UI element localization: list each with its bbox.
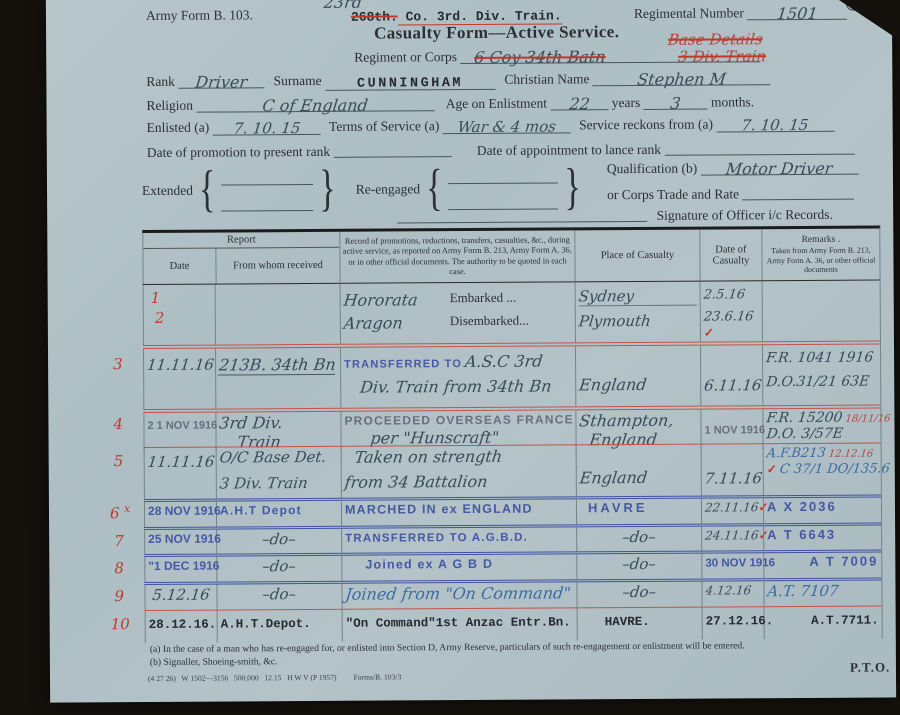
remarks-line: A.F.B213 12.12.16 — [767, 445, 878, 462]
cell-from: –do– — [216, 556, 341, 582]
torn-edge — [894, 38, 900, 278]
remarks-header-text: Remarks .Taken from Army Form B. 213, Ar… — [764, 234, 877, 274]
form-paper: Army Form B. 103. 23rd 268th. Co. 3rd. D… — [46, 0, 896, 703]
row-number-10: 10 — [111, 615, 130, 633]
row-number-7: 7 — [114, 532, 124, 550]
from-header: From whom received — [215, 248, 339, 284]
casualty-date: 6.11.16 — [703, 376, 762, 394]
cell-casualty-date: 22.11.16✓ — [701, 498, 763, 523]
remarks-value: A.T.7711. — [811, 614, 879, 628]
qualification-value: Motor Driver — [725, 159, 834, 179]
place-value: England — [579, 468, 649, 487]
cell-place: HAVRE. — [577, 608, 702, 641]
extended-block: Extended { } Re-engaged { } — [142, 167, 581, 212]
signature-field — [397, 206, 647, 224]
remarks-value: D.O. 3/57E — [766, 426, 844, 442]
disembark-label: Disembarked... — [450, 313, 529, 332]
regiment-red-note2: 3 Div. Train — [677, 47, 767, 66]
table-row-9: 9 5.12.16 –do– Joined from "On Command" … — [144, 577, 881, 610]
table-row-8: 8 "1 DEC 1916 –do– Joined ex A G B D –do… — [144, 549, 881, 582]
pto-label: P.T.O. — [850, 659, 890, 675]
extended-open-brace: { — [199, 162, 216, 219]
report-header-group: Report Date From whom received — [142, 232, 339, 284]
from-value: 3 Div. Train — [219, 474, 309, 493]
terms-label: Terms of Service (a) — [329, 118, 439, 134]
table-row-6: 6 x 28 NOV 1916 A.H.T Depot MARCHED IN e… — [144, 494, 881, 527]
cell-from: A.H.T Depot — [216, 501, 341, 527]
from-value: 3rd Div. — [218, 413, 284, 432]
place-value: Sydney — [578, 287, 635, 305]
date-casualty-header: Date of Casualty — [699, 229, 761, 280]
remarks-red-date: 18/11/16 — [845, 413, 891, 424]
religion-value: C of England — [262, 96, 370, 116]
years-label: years — [612, 95, 641, 110]
cell-record: "On Command"1st Anzac Entr.Bn. — [342, 608, 577, 641]
record-handwriting: Taken on strength — [354, 447, 504, 467]
cell-record: TRANSFERRED TO A.G.B.D. — [341, 527, 576, 552]
promotion-line: Date of promotion to present rank Date o… — [147, 139, 855, 161]
unit-struck: 268th. — [351, 9, 398, 24]
record-line: TRANSFERRED TO A.S.C 3rd — [344, 351, 572, 371]
surname-label: Surname — [274, 73, 322, 88]
regiment-or-corps-line: Regiment or Corps 6 Coy 34th Batn Base D… — [354, 46, 760, 65]
red-check-icon: ✓ — [767, 462, 777, 476]
qualification-label: Qualification (b) — [607, 161, 697, 177]
promotion-label: Date of promotion to present rank — [147, 144, 330, 160]
ditto-mark: –do– — [621, 528, 657, 546]
cell-remarks: A.F.B213 12.12.16 ✓ C 37/1 DO/135.6 — [763, 443, 881, 495]
record-line: from 34 Battalion — [345, 465, 573, 491]
cell-from: –do– — [216, 584, 341, 610]
red-check-icon: ✓ — [704, 326, 714, 340]
cell-remarks — [762, 281, 880, 342]
cell-date: 5.12.16 — [144, 585, 216, 610]
casualty-date: 22.11.16 — [704, 500, 759, 514]
cell-casualty-date: 2.5.16 23.6.16✓ — [700, 281, 762, 341]
religion-label: Religion — [146, 98, 193, 113]
cell-remarks: A.T. 7107 — [763, 580, 881, 606]
age-years-value: 22 — [568, 94, 591, 113]
ditto-mark: –do– — [261, 557, 297, 575]
cell-from: –do– — [216, 529, 341, 554]
remarks-value: C 37/1 DO/135.6 — [779, 461, 891, 477]
place-value: Plymouth — [578, 312, 652, 330]
remarks-header: Remarks .Taken from Army Form B. 213, Ar… — [761, 229, 879, 281]
surname-field: CUNNINGHAM — [325, 74, 495, 91]
reengaged-fields — [448, 167, 558, 210]
form-number: Army Form B. 103. — [146, 7, 253, 23]
cell-place: –do– — [576, 527, 701, 552]
date-header: Date — [143, 249, 215, 284]
remarks-value: F.R. 1041 1916 — [765, 350, 874, 367]
date-stamp: "1 DEC 1916 — [148, 559, 219, 573]
age-months-value: 3 — [669, 94, 681, 113]
table-header: Report Date From whom received Record of… — [142, 229, 879, 286]
place-line: Sydney — [579, 287, 697, 307]
place-value: Sthampton, — [578, 411, 674, 431]
reckons-field: 7. 10. 15 — [716, 116, 834, 133]
transferred-stamp: TRANSFERRED TO — [344, 358, 462, 371]
reckons-label: Service reckons from (a) — [579, 117, 713, 133]
cell-date: "1 DEC 1916 — [144, 557, 216, 582]
printer-marks: (4 27 26) W 1502—3156 500,000 12.15 H W … — [148, 672, 401, 684]
record-stamp: MARCHED IN ex ENGLAND — [345, 502, 533, 517]
regimental-number-line: Regimental Number 1501 — [634, 4, 847, 22]
rank-field: Driver — [178, 72, 264, 89]
qualification-line: Qualification (b) Motor Driver — [607, 159, 859, 178]
age-label: Age on Enlistment — [446, 96, 547, 112]
place-header: Place of Casualty — [574, 230, 699, 282]
casualty-date: 2.5.16 — [703, 287, 746, 302]
row-number-1: 1 — [151, 289, 161, 307]
remarks-line: D.O.31/21 63E — [766, 366, 877, 391]
casualty-date-line: 2.5.16 — [704, 286, 759, 302]
place-value: HAVRE. — [605, 615, 650, 629]
extended-field-2 — [221, 195, 313, 212]
rank-surname-line: Rank Driver Surname CUNNINGHAM Christian… — [146, 69, 771, 92]
from-value: A.H.T.Depot. — [221, 617, 311, 632]
place-line: Sthampton, — [579, 411, 697, 431]
enlisted-line: Enlisted (a) 7. 10. 15 Terms of Service … — [147, 116, 835, 136]
extended-field-1 — [221, 169, 313, 186]
casualty-table: Report Date From whom received Record of… — [142, 225, 883, 643]
cell-casualty-date: 7.11.16 — [701, 444, 763, 495]
regiment-red-note: Base Details — [667, 30, 764, 49]
cell-record: Taken on strength from 34 Battalion — [341, 445, 576, 497]
lance-field — [664, 139, 854, 156]
record-handwriting: A.S.C 3rd — [464, 352, 544, 371]
remarks-stamp: A T 7009 — [809, 554, 878, 569]
remarks-subtitle: Taken from Army Form B. 213, Army Form A… — [764, 246, 877, 275]
row-number-9: 9 — [114, 587, 124, 605]
cell-place: England — [576, 445, 701, 497]
cell-place: Sydney Plymouth — [575, 282, 700, 343]
cell-date: 28 NOV 1916 — [144, 502, 216, 527]
from-value: 213B. 34th Bn — [218, 355, 337, 376]
cell-remarks: A X 2036 — [763, 497, 881, 523]
report-date: 11.11.16 — [147, 453, 216, 471]
place-value: England — [578, 375, 648, 394]
row-number-2: 2 — [155, 309, 165, 327]
cell-from: A.H.T.Depot. — [217, 610, 342, 643]
record-typed: "On Command"1st Anzac Entr.Bn. — [346, 615, 571, 630]
religion-field: C of England — [196, 95, 434, 112]
embark-line: Hororata Embarked ... — [344, 289, 572, 309]
place-stamp: HAVRE — [588, 500, 648, 515]
regimental-number-field: 1501 — [747, 4, 847, 21]
remarks-value: A.F.B213 — [766, 446, 827, 461]
row-6-mark: x — [124, 502, 130, 515]
remarks-line: D.O. 3/57E — [766, 426, 877, 443]
months-label: months. — [711, 94, 754, 109]
enlisted-field: 7. 10. 15 — [213, 119, 321, 136]
cell-remarks: A.T.7711. — [764, 606, 882, 639]
scanned-casualty-form-page: { "header": { "form_number": "Army Form … — [0, 0, 900, 715]
report-date: 28.12.16. — [149, 618, 217, 632]
cell-record: Hororata Embarked ... Aragon Disembarked… — [340, 282, 575, 343]
row-number-5: 5 — [114, 452, 124, 470]
proceeded-stamp: PROCEEDED OVERSEAS FRANCE — [344, 412, 573, 427]
form-number-line: Army Form B. 103. — [146, 7, 253, 24]
footnotes: (a) In the case of a man who has re-enga… — [150, 639, 892, 669]
reengaged-field-1 — [448, 167, 558, 184]
casualty-date: 7.11.16 — [704, 469, 763, 487]
cell-casualty-date: 1 NOV 1916 — [700, 409, 762, 449]
date-stamp: 28 NOV 1916 — [148, 504, 221, 518]
reengaged-label: Re-engaged — [356, 181, 421, 197]
page-title: Casualty Form—Active Service. — [374, 22, 619, 43]
qualification-field: Motor Driver — [701, 159, 859, 176]
trade-label: or Corps Trade and Rate — [607, 186, 739, 202]
place-line: Plymouth — [579, 312, 697, 331]
signature-label: Signature of Officer i/c Records. — [657, 207, 833, 223]
enlisted-label: Enlisted (a) — [147, 120, 210, 135]
remarks-value: F.R. 15200 — [766, 410, 844, 426]
promotion-field — [333, 141, 451, 158]
record-handwriting: Joined from "On Command" — [344, 583, 571, 603]
cell-place: –do– — [576, 554, 701, 580]
remarks-stamp: A X 2036 — [767, 499, 837, 514]
record-line: Div. Train from 34th Bn — [344, 376, 572, 396]
christian-name-value: Stephen M — [636, 69, 727, 89]
regiment-scrawl: 6 Coy 34th Batn — [473, 47, 607, 67]
cell-place: HAVRE — [576, 499, 701, 525]
regiment-field: 6 Coy 34th Batn Base Details 3 Div. Trai… — [460, 46, 760, 64]
cell-casualty-date: 30 NOV 1916 — [701, 553, 763, 578]
disembark-line: Aragon Disembarked... — [344, 312, 572, 332]
ditto-mark: –do– — [621, 555, 657, 573]
cell-place: England — [575, 346, 700, 407]
casualty-date-stamp: 1 NOV 1916 — [704, 424, 765, 436]
remarks-value: A.T. 7107 — [766, 582, 839, 600]
remarks-title: Remarks . — [802, 235, 841, 245]
christian-name-label: Christian Name — [504, 71, 589, 87]
report-subheaders: Date From whom received — [143, 248, 339, 284]
table-row-4: 4 2 1 NOV 1916 3rd Div. Train PROCEEDED … — [143, 405, 880, 448]
terms-value: War & 4 mos — [457, 117, 557, 136]
cell-date: 28.12.16. — [145, 611, 217, 643]
casualty-date-stamp: 30 NOV 1916 — [705, 557, 775, 569]
record-stamp: TRANSFERRED TO A.G.B.D. — [345, 532, 528, 545]
cell-record: MARCHED IN ex ENGLAND — [341, 499, 576, 525]
cell-date: 25 NOV 1916 — [144, 530, 216, 554]
rank-label: Rank — [146, 74, 175, 89]
enlisted-value: 7. 10. 15 — [232, 119, 301, 137]
terms-field: War & 4 mos — [443, 117, 571, 134]
cell-from — [215, 284, 340, 345]
from-line: 3 Div. Train — [220, 466, 338, 493]
table-row-embark: 1 2 Hororata Embarked ... Aragon Disemba… — [143, 281, 880, 346]
surname-value: CUNNINGHAM — [357, 76, 463, 92]
row-number-3: 3 — [113, 355, 123, 373]
row-number-4: 4 — [113, 415, 123, 433]
remarks-line: F.R. 1041 1916 — [766, 346, 877, 367]
ship-name: Aragon — [343, 313, 433, 333]
ditto-mark: –do– — [622, 583, 658, 601]
cell-casualty-date: 27.12.16. — [702, 607, 764, 639]
casualty-date: 24.11.16 — [704, 528, 759, 542]
casualty-date: 4.12.16 — [705, 583, 752, 597]
remarks-stamp: A T 6643 — [767, 527, 836, 542]
lance-label: Date of appointment to lance rank — [477, 142, 661, 158]
cell-date: 11.11.16 — [144, 448, 216, 499]
ditto-mark: –do– — [262, 585, 298, 603]
cell-remarks: A T 7009 — [763, 552, 881, 578]
cell-from: O/C Base Det. 3 Div. Train — [216, 447, 341, 499]
reckons-value: 7. 10. 15 — [741, 116, 810, 134]
row-number-6: 6 — [110, 504, 120, 522]
cell-casualty-date: 6.11.16 — [700, 345, 762, 405]
table-row-3: 3 11.11.16 213B. 34th Bn TRANSFERRED TO … — [143, 341, 880, 410]
age-months-field: 3 — [644, 94, 708, 110]
record-line: Taken on strength — [345, 446, 573, 466]
regiment-label: Regiment or Corps — [354, 49, 457, 65]
from-stamp: A.H.T Depot — [220, 503, 302, 517]
remarks-red-date: 12.12.16 — [828, 449, 874, 460]
ditto-mark: –do– — [261, 530, 297, 548]
cell-remarks: F.R. 1041 1916 D.O.31/21 63E — [762, 345, 880, 406]
date-stamp: 25 NOV 1916 — [148, 532, 221, 546]
date-stamp: 2 1 NOV 1916 — [147, 420, 217, 432]
ship-name: Hororata — [343, 290, 433, 310]
signature-line: Signature of Officer i/c Records. — [397, 205, 833, 226]
regimental-number-value: 1501 — [776, 4, 819, 23]
rank-value: Driver — [194, 72, 248, 91]
remarks-line: ✓ C 37/1 DO/135.6 — [767, 461, 878, 478]
casualty-date: 23.6.16 — [703, 309, 754, 324]
table-row-10: 10 28.12.16. A.H.T.Depot. "On Command"1s… — [145, 605, 882, 643]
cell-record: Joined ex A G B D — [341, 554, 576, 580]
record-header: Record of promotions, reductions, transf… — [339, 230, 574, 282]
remarks-line: F.R. 15200 18/11/16 — [766, 410, 877, 427]
remarks-value: D.O.31/21 63E — [765, 374, 870, 391]
table-row-5: 5 11.11.16 O/C Base Det. 3 Div. Train Ta… — [144, 442, 881, 499]
from-value: O/C Base Det. — [219, 448, 328, 467]
cell-casualty-date: 4.12.16 — [701, 581, 763, 606]
page-title-text: Casualty Form—Active Service. — [374, 22, 619, 42]
casualty-date-line: 23.6.16✓ — [704, 308, 759, 340]
embark-label: Embarked ... — [450, 290, 517, 309]
record-line: PROCEEDED OVERSEAS FRANCE — [344, 411, 572, 428]
record-handwriting: from 34 Battalion — [344, 472, 489, 492]
cell-from: 213B. 34th Bn — [215, 348, 340, 409]
christian-name-field: Stephen M — [593, 69, 771, 86]
extended-fields — [221, 169, 313, 212]
report-header: Report — [143, 232, 339, 249]
from-line: O/C Base Det. — [220, 448, 338, 467]
report-date: 11.11.16 — [146, 356, 215, 374]
cell-record: Joined from "On Command" — [341, 582, 576, 608]
record-stamp: Joined ex A G B D — [365, 557, 493, 572]
cell-date: 11.11.16 — [143, 349, 215, 409]
row-number-8: 8 — [114, 559, 124, 577]
record-handwriting: Div. Train from 34th Bn — [359, 377, 553, 397]
extended-label: Extended — [142, 183, 193, 199]
trade-field — [742, 184, 854, 201]
cell-remarks: A T 6643 — [763, 525, 881, 550]
extended-close-brace: } — [319, 161, 336, 218]
casualty-date: 27.12.16. — [706, 614, 774, 628]
religion-age-line: Religion C of England Age on Enlistment … — [146, 93, 754, 114]
cell-record: TRANSFERRED TO A.S.C 3rd Div. Train from… — [340, 346, 575, 407]
cell-place: –do– — [576, 582, 701, 608]
trade-line: or Corps Trade and Rate — [607, 184, 854, 204]
regimental-number-label: Regimental Number — [634, 5, 744, 21]
cell-casualty-date: 24.11.16✓ — [701, 526, 763, 550]
age-years-field: 22 — [550, 94, 608, 110]
report-date: 5.12.16 — [151, 586, 210, 604]
